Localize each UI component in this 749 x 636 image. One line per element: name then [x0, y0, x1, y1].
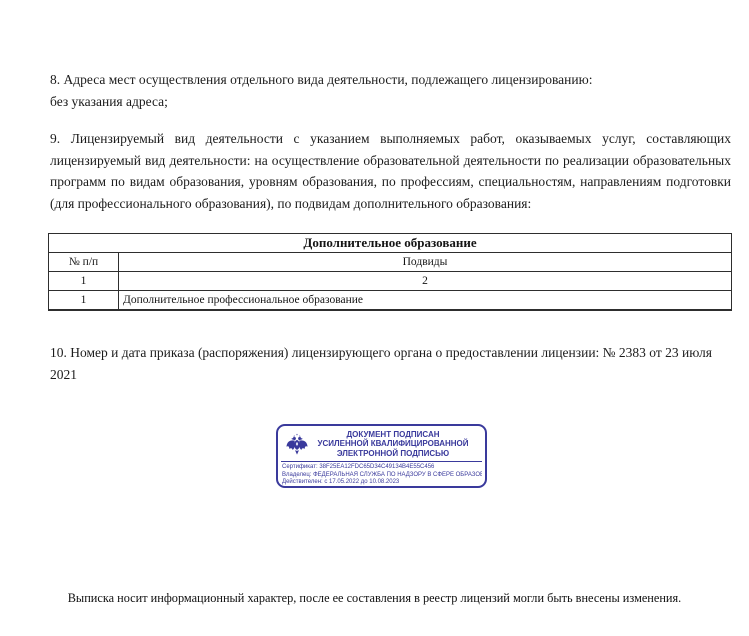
stamp-certificate-line: Сертификат: 38F25EA12FDC65D34C49134B4E55…	[282, 464, 481, 472]
footer-note: Выписка носит информационный характер, п…	[0, 591, 749, 606]
validity-value: с 17.05.2022 до 10.08.2023	[324, 479, 399, 485]
column-number-2: 2	[119, 272, 732, 291]
table-title: Дополнительное образование	[49, 234, 732, 253]
row-number-cell: 1	[49, 291, 119, 311]
owner-label: Владелец:	[282, 472, 311, 478]
stamp-title-line-2: УСИЛЕННОЙ КВАЛИФИЦИРОВАННОЙ	[311, 439, 475, 449]
table-header-row: № п/п Подвиды	[49, 253, 732, 272]
stamp-header: ДОКУМЕНТ ПОДПИСАН УСИЛЕННОЙ КВАЛИФИЦИРОВ…	[278, 426, 485, 460]
column-number-1: 1	[49, 272, 119, 291]
additional-education-table: Дополнительное образование № п/п Подвиды…	[48, 233, 732, 311]
coat-of-arms-eagle-icon	[283, 429, 311, 459]
stamp-details: Сертификат: 38F25EA12FDC65D34C49134B4E55…	[281, 461, 482, 487]
table-column-number-row: 1 2	[49, 272, 732, 291]
item-10-paragraph: 10. Номер и дата приказа (распоряжения) …	[50, 342, 731, 386]
validity-label: Действителен:	[282, 479, 323, 485]
license-extract-page: 8. Адреса мест осуществления отдельного …	[0, 0, 749, 636]
table-row: 1 Дополнительное профессиональное образо…	[49, 291, 732, 311]
column-header-number: № п/п	[49, 253, 119, 272]
owner-value: ФЕДЕРАЛЬНАЯ СЛУЖБА ПО НАДЗОРУ В СФЕРЕ ОБ…	[313, 472, 482, 478]
item-9-paragraph: 9. Лицензируемый вид деятельности с указ…	[50, 128, 731, 214]
stamp-owner-line: Владелец: ФЕДЕРАЛЬНАЯ СЛУЖБА ПО НАДЗОРУ …	[282, 472, 481, 480]
stamp-title-line-1: ДОКУМЕНТ ПОДПИСАН	[311, 430, 475, 440]
item-8-paragraph: 8. Адреса мест осуществления отдельного …	[50, 69, 710, 113]
digital-signature-stamp: ДОКУМЕНТ ПОДПИСАН УСИЛЕННОЙ КВАЛИФИЦИРОВ…	[276, 424, 487, 488]
certificate-label: Сертификат:	[282, 464, 318, 470]
item-8-line-1: 8. Адреса мест осуществления отдельного …	[50, 69, 710, 91]
stamp-title-line-3: ЭЛЕКТРОННОЙ ПОДПИСЬЮ	[311, 449, 475, 459]
stamp-title: ДОКУМЕНТ ПОДПИСАН УСИЛЕННОЙ КВАЛИФИЦИРОВ…	[311, 430, 481, 459]
column-header-subtypes: Подвиды	[119, 253, 732, 272]
row-subtype-cell: Дополнительное профессиональное образова…	[119, 291, 732, 311]
certificate-value: 38F25EA12FDC65D34C49134B4E55C456	[319, 464, 434, 470]
table-title-row: Дополнительное образование	[49, 234, 732, 253]
stamp-validity-line: Действителен: с 17.05.2022 до 10.08.2023	[282, 479, 481, 487]
item-8-line-2: без указания адреса;	[50, 91, 710, 113]
